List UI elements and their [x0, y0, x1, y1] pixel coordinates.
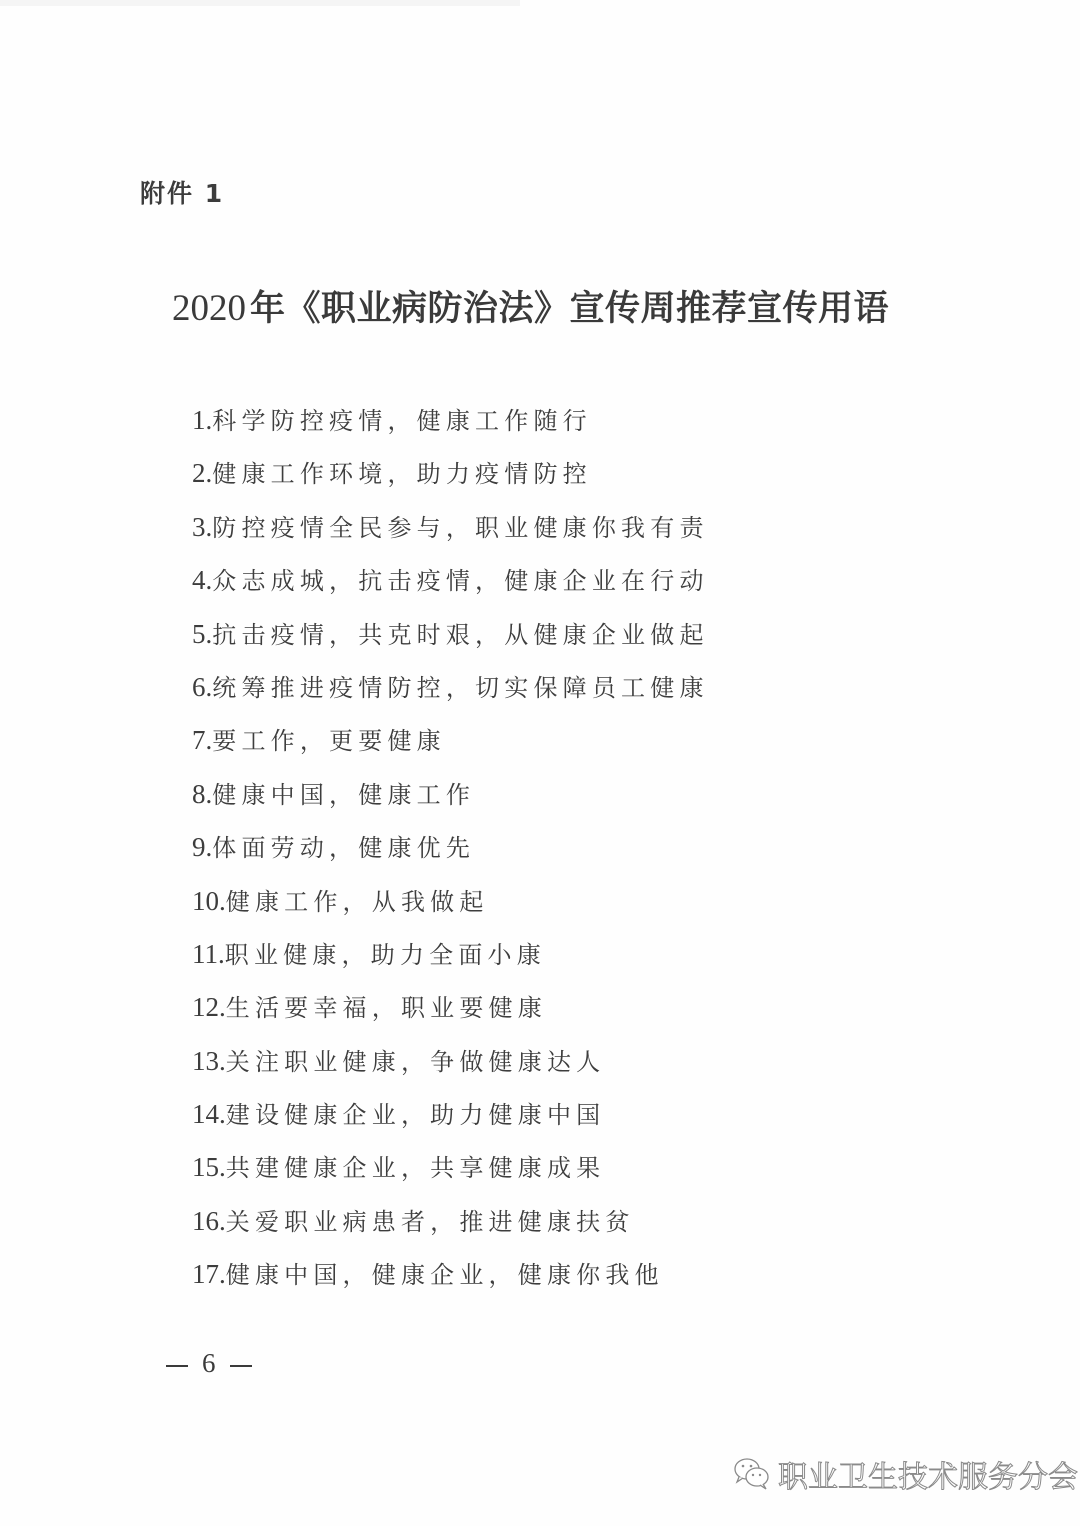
slogan-item: 8.健康中国，健康工作: [192, 774, 709, 827]
page-number-value: 6: [202, 1348, 216, 1378]
slogan-number: 6.: [192, 672, 212, 702]
slogan-text: 共建健康企业，共享健康成果: [226, 1154, 606, 1182]
slogan-text: 关爱职业病患者，推进健康扶贫: [226, 1208, 635, 1236]
slogan-number: 3.: [192, 512, 212, 542]
page-number: 6: [152, 1348, 266, 1379]
slogan-text: 防控疫情全民参与，职业健康你我有责: [212, 514, 708, 542]
slogan-number: 7.: [192, 725, 212, 755]
slogan-number: 13.: [192, 1046, 226, 1076]
slogan-number: 14.: [192, 1099, 226, 1129]
slogan-item: 5.抗击疫情，共克时艰，从健康企业做起: [192, 614, 709, 667]
slogan-item: 2.健康工作环境，助力疫情防控: [192, 453, 709, 506]
slogan-number: 17.: [192, 1259, 226, 1289]
slogan-item: 13.关注职业健康，争做健康达人: [192, 1041, 709, 1094]
slogan-item: 7.要工作，更要健康: [192, 720, 709, 773]
slogan-item: 6.统筹推进疫情防控，切实保障员工健康: [192, 667, 709, 720]
watermark: 职业卫生技术服务分会: [732, 1452, 1078, 1496]
slogan-text: 要工作，更要健康: [212, 727, 446, 755]
slogan-text: 健康中国，健康企业，健康你我他: [226, 1261, 664, 1289]
slogan-item: 1.科学防控疫情，健康工作随行: [192, 400, 709, 453]
slogan-number: 12.: [192, 992, 226, 1022]
slogan-number: 9.: [192, 832, 212, 862]
scan-edge-shadow: [0, 0, 520, 6]
slogan-text: 生活要幸福，职业要健康: [226, 994, 547, 1022]
slogan-number: 1.: [192, 405, 212, 435]
title-year: 2020: [172, 288, 246, 329]
slogan-item: 15.共建健康企业，共享健康成果: [192, 1147, 709, 1200]
slogan-item: 14.建设健康企业，助力健康中国: [192, 1094, 709, 1147]
slogan-number: 16.: [192, 1206, 226, 1236]
slogan-item: 11.职业健康，助力全面小康: [192, 934, 709, 987]
slogan-item: 3.防控疫情全民参与，职业健康你我有责: [192, 507, 709, 560]
title-text: 年《职业病防治法》宣传周推荐宣传用语: [250, 289, 889, 329]
attachment-label: 附件 1: [140, 174, 224, 210]
slogan-item: 17.健康中国，健康企业，健康你我他: [192, 1254, 709, 1307]
slogan-text: 统筹推进疫情防控，切实保障员工健康: [212, 674, 708, 702]
wechat-icon: [732, 1456, 772, 1492]
slogan-text: 健康工作环境，助力疫情防控: [212, 460, 592, 488]
slogan-text: 科学防控疫情，健康工作随行: [212, 407, 592, 435]
slogan-item: 10.健康工作，从我做起: [192, 881, 709, 934]
slogan-item: 16.关爱职业病患者，推进健康扶贫: [192, 1201, 709, 1254]
document-page: 附件 1 2020年《职业病防治法》宣传周推荐宣传用语 1.科学防控疫情，健康工…: [0, 0, 1080, 1526]
slogan-text: 建设健康企业，助力健康中国: [226, 1101, 606, 1129]
slogan-number: 8.: [192, 779, 212, 809]
slogan-text: 关注职业健康，争做健康达人: [226, 1048, 606, 1076]
slogan-text: 健康工作，从我做起: [226, 888, 489, 916]
slogan-text: 众志成城，抗击疫情，健康企业在行动: [212, 567, 708, 595]
document-title: 2020年《职业病防治法》宣传周推荐宣传用语: [172, 281, 932, 331]
slogan-item: 4.众志成城，抗击疫情，健康企业在行动: [192, 560, 709, 613]
slogan-item: 12.生活要幸福，职业要健康: [192, 987, 709, 1040]
watermark-text: 职业卫生技术服务分会: [778, 1452, 1078, 1496]
slogan-number: 5.: [192, 619, 212, 649]
slogan-text: 抗击疫情，共克时艰，从健康企业做起: [212, 621, 708, 649]
slogan-item: 9.体面劳动，健康优先: [192, 827, 709, 880]
slogan-number: 4.: [192, 565, 212, 595]
slogan-text: 职业健康，助力全面小康: [225, 941, 546, 969]
slogan-text: 健康中国，健康工作: [212, 781, 475, 809]
slogan-text: 体面劳动，健康优先: [212, 834, 475, 862]
slogan-number: 11.: [192, 939, 225, 969]
slogan-number: 10.: [192, 886, 226, 916]
slogan-number: 2.: [192, 458, 212, 488]
dash-left: [166, 1365, 188, 1367]
dash-right: [230, 1365, 252, 1367]
slogan-list: 1.科学防控疫情，健康工作随行 2.健康工作环境，助力疫情防控 3.防控疫情全民…: [192, 400, 709, 1308]
slogan-number: 15.: [192, 1152, 226, 1182]
